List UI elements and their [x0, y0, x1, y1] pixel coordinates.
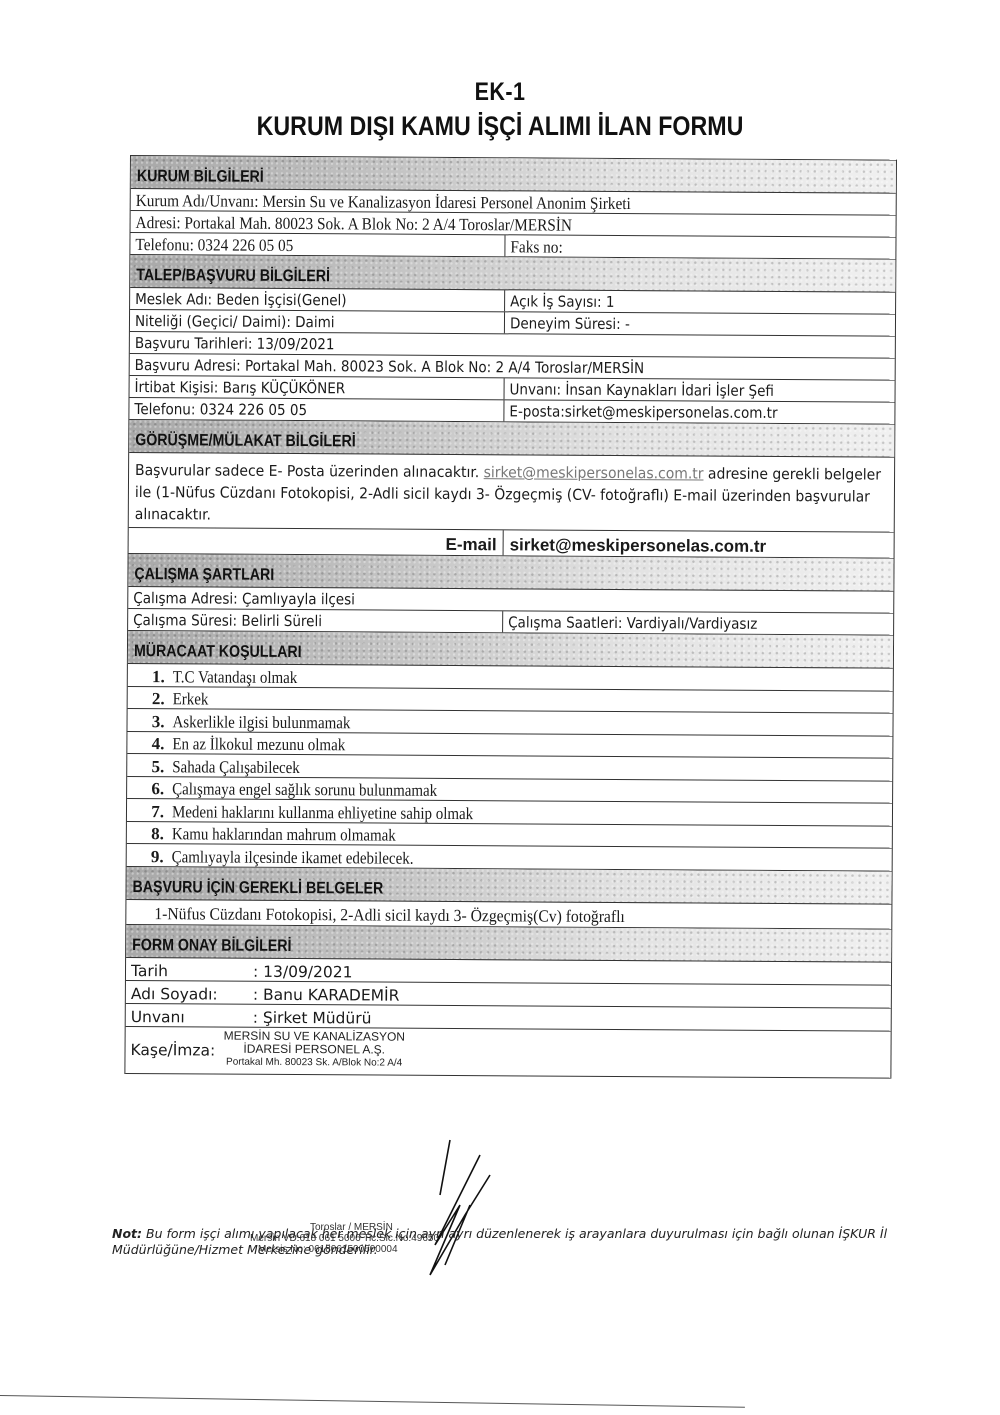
- note-label: Not:: [112, 1226, 142, 1241]
- deneyim-suresi: Deneyim Süresi: -: [510, 314, 630, 334]
- title-form-name: KURUM DIŞI KAMU İŞÇİ ALIMI İLAN FORMU: [70, 111, 930, 142]
- email-value: sirket@meskipersonelas.com.tr: [504, 535, 767, 557]
- niteligi: Niteliği (Geçici/ Daimi): Daimi: [135, 312, 335, 332]
- footer-note: Not: Bu form işçi alımı yapılacak her me…: [112, 1226, 902, 1258]
- meslek-adi: Meslek Adı: Beden İşçisi(Genel): [135, 290, 347, 310]
- section-header-calisma: ÇALIŞMA ŞARTLARI: [128, 554, 893, 592]
- item-text: Erkek: [173, 689, 209, 708]
- item-number: 6.: [127, 779, 172, 798]
- gorusme-paragraph: Başvurular sadece E- Posta üzerinden alı…: [129, 453, 894, 533]
- section-header-onay: FORM ONAY BİLGİLERİ: [126, 924, 891, 962]
- kurum-address: Adresi: Portakal Mah. 80023 Sok. A Blok …: [136, 213, 573, 235]
- item-text: T.C Vatandaşı olmak: [173, 667, 298, 687]
- item-text: Kamu haklarından mahrum olmamak: [172, 824, 396, 844]
- calisma-saatleri: Çalışma Saatleri: Vardiyalı/Vardiyasız: [508, 613, 757, 634]
- calisma-adresi: Çalışma Adresi: Çamlıyayla ilçesi: [133, 589, 355, 609]
- kurum-name: Kurum Adı/Unvanı: Mersin Su ve Kanalizas…: [136, 191, 631, 213]
- onay-row-kase: Kaşe/İmza: MERSİN SU VE KANALİZASYON İDA…: [125, 1026, 890, 1078]
- basvuru-tarihleri: Başvuru Tarihleri: 13/09/2021: [135, 334, 335, 354]
- item-text: Çamlıyayla ilçesinde ikamet edebilecek.: [172, 847, 414, 867]
- item-text: Sahada Çalışabilecek: [172, 757, 300, 777]
- company-stamp: MERSİN SU VE KANALİZASYON İDARESİ PERSON…: [223, 1029, 405, 1069]
- muracaat-list: 1.T.C Vatandaşı olmak2.Erkek3.Askerlikle…: [127, 664, 893, 871]
- item-number: 9.: [127, 846, 172, 865]
- email-label: E-mail: [129, 528, 504, 555]
- item-number: 4.: [127, 734, 172, 753]
- irtibat-telefon: Telefonu: 0324 226 05 05: [134, 400, 307, 420]
- signature-mark: [420, 1135, 540, 1285]
- item-number: 7.: [127, 801, 172, 820]
- irtibat-unvani: Unvanı: İnsan Kaynakları İdari İşler Şef…: [510, 380, 775, 401]
- calisma-suresi: Çalışma Süresi: Belirli Süreli: [133, 611, 322, 631]
- item-number: 3.: [127, 711, 172, 730]
- item-text: En az İlkokul mezunu olmak: [172, 734, 345, 754]
- item-number: 8.: [127, 824, 172, 843]
- item-text: Çalışmaya engel sağlık sorunu bulunmamak: [172, 779, 437, 800]
- item-number: 5.: [127, 756, 172, 775]
- kurum-fax: Faks no:: [510, 237, 562, 256]
- onay-adi-soyadi: : Banu KARADEMİR: [251, 985, 400, 1004]
- email-link[interactable]: sirket@meskipersonelas.com.tr: [484, 463, 704, 482]
- belgeler-text: 1-Nüfus Cüzdanı Fotokopisi, 2-Adli sicil…: [154, 904, 625, 927]
- scan-edge-line: [0, 1395, 745, 1408]
- item-text: Askerlikle ilgisi bulunmamak: [172, 712, 350, 732]
- section-header-kurum: KURUM BİLGİLERİ: [131, 156, 896, 194]
- item-text: Medeni haklarını kullanma ehliyetine sah…: [172, 802, 473, 823]
- acik-is-sayisi: Açık İş Sayısı: 1: [510, 292, 615, 312]
- onay-unvan: : Şirket Müdürü: [251, 1008, 372, 1027]
- job-posting-form: KURUM BİLGİLERİ Kurum Adı/Unvanı: Mersin…: [124, 155, 897, 1078]
- irtibat-eposta: E-posta:sirket@meskipersonelas.com.tr: [509, 402, 777, 423]
- item-number: 1.: [128, 666, 173, 685]
- item-number: 2.: [128, 689, 173, 708]
- section-header-talep: TALEP/BAŞVURU BİLGİLERİ: [130, 255, 895, 293]
- basvuru-adresi: Başvuru Adresi: Portakal Mah. 80023 Sok.…: [135, 356, 645, 378]
- section-header-belgeler: BAŞVURU İÇİN GEREKLİ BELGELER: [126, 866, 891, 904]
- kase-label: Kaşe/İmza:: [125, 1040, 225, 1059]
- kurum-phone: Telefonu: 0324 226 05 05: [135, 235, 293, 255]
- title-annex: EK-1: [70, 78, 930, 107]
- onay-tarih: : 13/09/2021: [251, 962, 353, 981]
- section-header-muracaat: MÜRACAAT KOŞULLARI: [128, 631, 893, 669]
- document-title: EK-1 KURUM DIŞI KAMU İŞÇİ ALIMI İLAN FOR…: [0, 78, 1000, 142]
- irtibat-kisisi: İrtibat Kişisi: Barış KÜÇÜKÖNER: [135, 378, 346, 398]
- section-header-gorusme: GÖRÜŞME/MÜLAKAT BİLGİLERİ: [129, 420, 894, 458]
- note-text: Bu form işçi alımı yapılacak her meslek …: [112, 1226, 887, 1257]
